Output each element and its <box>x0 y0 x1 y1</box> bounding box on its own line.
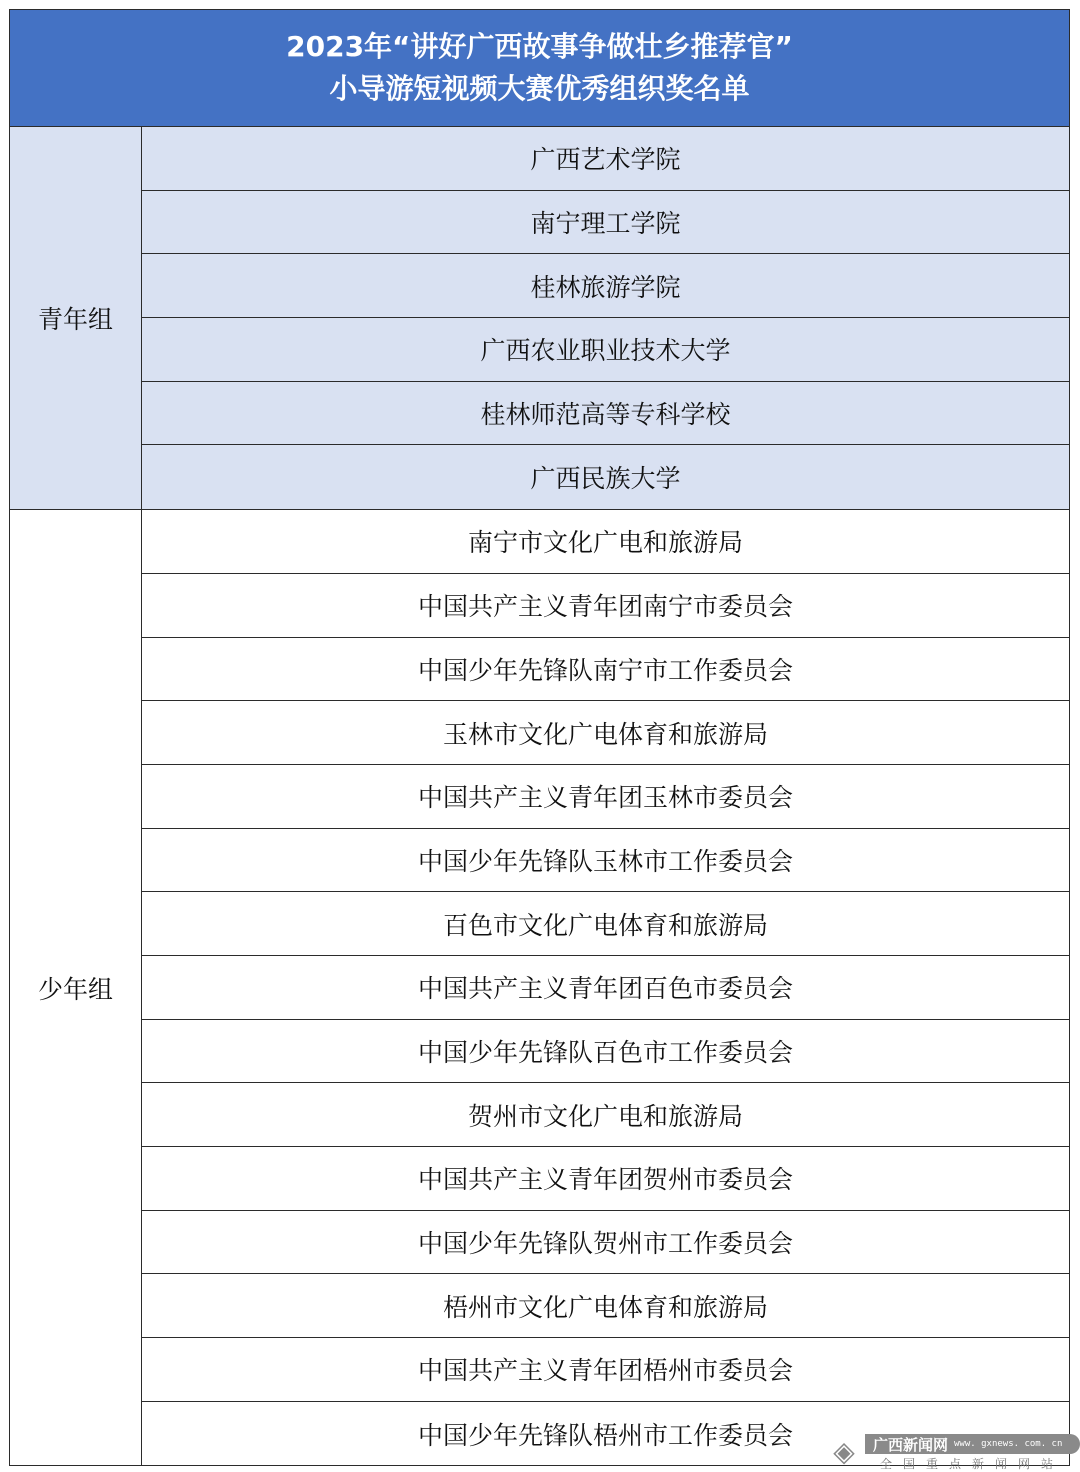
table-row: 中国少年先锋队贺州市工作委员会 <box>142 1211 1069 1275</box>
table-row: 广西农业职业技术大学 <box>142 318 1069 382</box>
watermark: ◈ 广西新闻网 www. gxnews. com. cn 全国重点新闻网站 <box>825 1432 1080 1472</box>
group-items: 广西艺术学院 南宁理工学院 桂林旅游学院 广西农业职业技术大学 桂林师范高等专科… <box>142 127 1069 509</box>
table-row: 中国共产主义青年团南宁市委员会 <box>142 574 1069 638</box>
title-line-2: 小导游短视频大赛优秀组织奖名单 <box>329 68 749 110</box>
group-junior: 少年组 南宁市文化广电和旅游局 中国共产主义青年团南宁市委员会 中国少年先锋队南… <box>10 510 1069 1465</box>
group-youth: 青年组 广西艺术学院 南宁理工学院 桂林旅游学院 广西农业职业技术大学 桂林师范… <box>10 127 1069 510</box>
group-items: 南宁市文化广电和旅游局 中国共产主义青年团南宁市委员会 中国少年先锋队南宁市工作… <box>142 510 1069 1465</box>
watermark-slogan: 全国重点新闻网站 <box>880 1455 1064 1472</box>
table-row: 南宁理工学院 <box>142 191 1069 255</box>
table-row: 玉林市文化广电体育和旅游局 <box>142 701 1069 765</box>
table-row: 中国共产主义青年团梧州市委员会 <box>142 1338 1069 1402</box>
table-row: 桂林师范高等专科学校 <box>142 382 1069 446</box>
gxnews-logo-icon: ◈ <box>825 1434 863 1470</box>
table-row: 中国共产主义青年团百色市委员会 <box>142 956 1069 1020</box>
table-row: 中国少年先锋队百色市工作委员会 <box>142 1020 1069 1084</box>
table-row: 南宁市文化广电和旅游局 <box>142 510 1069 574</box>
group-label: 青年组 <box>10 127 142 509</box>
watermark-name: 广西新闻网 <box>873 1434 948 1455</box>
table-row: 百色市文化广电体育和旅游局 <box>142 892 1069 956</box>
table-row: 中国共产主义青年团贺州市委员会 <box>142 1147 1069 1211</box>
award-table: 2023年“讲好广西故事争做壮乡推荐官” 小导游短视频大赛优秀组织奖名单 青年组… <box>9 9 1070 1466</box>
table-row: 中国少年先锋队玉林市工作委员会 <box>142 829 1069 893</box>
watermark-url: www. gxnews. com. cn <box>954 1439 1062 1449</box>
table-row: 贺州市文化广电和旅游局 <box>142 1083 1069 1147</box>
table-row: 中国少年先锋队南宁市工作委员会 <box>142 638 1069 702</box>
watermark-band: 广西新闻网 www. gxnews. com. cn <box>865 1434 1080 1454</box>
title-line-1: 2023年“讲好广西故事争做壮乡推荐官” <box>286 26 793 68</box>
table-row: 桂林旅游学院 <box>142 254 1069 318</box>
table-row: 中国共产主义青年团玉林市委员会 <box>142 765 1069 829</box>
table-header: 2023年“讲好广西故事争做壮乡推荐官” 小导游短视频大赛优秀组织奖名单 <box>10 10 1069 127</box>
group-label: 少年组 <box>10 510 142 1465</box>
table-row: 广西艺术学院 <box>142 127 1069 191</box>
table-row: 梧州市文化广电体育和旅游局 <box>142 1274 1069 1338</box>
table-row: 广西民族大学 <box>142 445 1069 509</box>
